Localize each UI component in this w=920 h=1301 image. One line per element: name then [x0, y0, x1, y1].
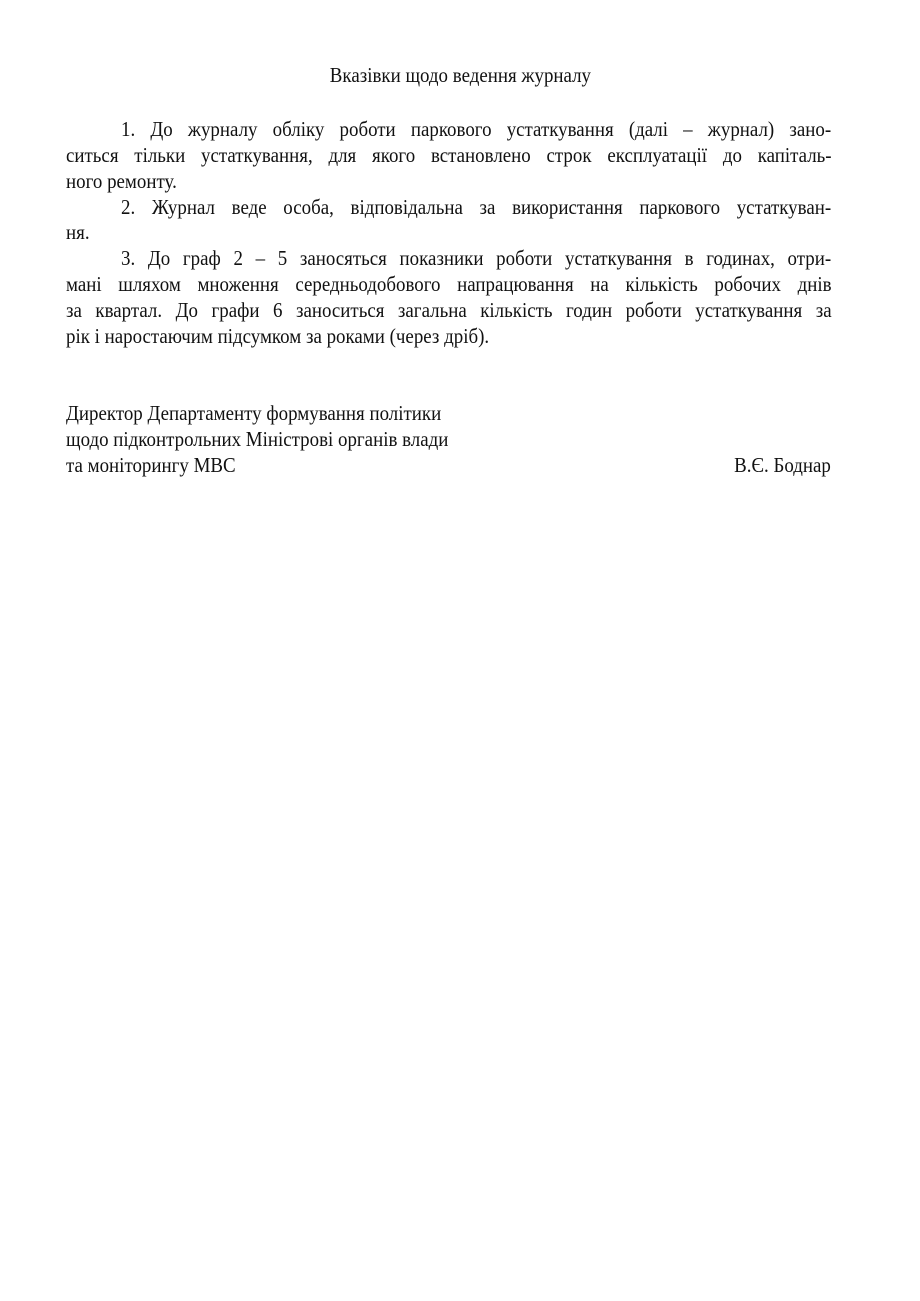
paragraph-line: 2. Журнал веде особа, відповідальна за в…: [121, 194, 831, 220]
paragraph-line: ного ремонту.: [66, 168, 177, 194]
paragraph-line: рік і наростаючим підсумком за роками (ч…: [66, 323, 489, 349]
paragraph-line: мані шляхом множення середньодобового на…: [66, 271, 832, 297]
paragraph-line: за квартал. До графи 6 заноситься загаль…: [66, 297, 832, 323]
paragraph-line: ня.: [66, 219, 90, 245]
paragraph-line: 1. До журналу обліку роботи паркового ус…: [121, 116, 831, 142]
signatory-name: В.Є. Боднар: [734, 452, 831, 478]
signatory-position-line: та моніторингу МВС: [66, 452, 236, 478]
document-title: Вказівки щодо ведення журналу: [0, 62, 920, 88]
signatory-position-line: щодо підконтрольних Міністрові органів в…: [66, 426, 448, 452]
paragraph-line: 3. До граф 2 – 5 заносяться показники ро…: [121, 245, 831, 271]
paragraph-line: ситься тільки устаткування, для якого вс…: [66, 142, 832, 168]
signatory-position-line: Директор Департаменту формування політик…: [66, 400, 441, 426]
